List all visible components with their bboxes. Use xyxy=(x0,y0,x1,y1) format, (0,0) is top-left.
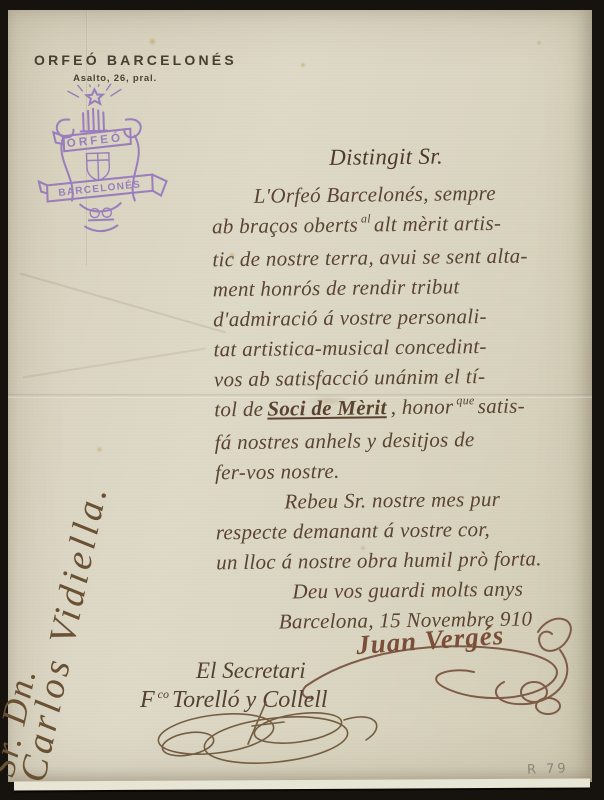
letter-line: fer-vos nostre. xyxy=(215,453,597,488)
letter-page: ORFEÓ BARCELONÉS Asalto, 26, pral. xyxy=(8,10,592,782)
salutation: Distingit Sr. xyxy=(329,140,593,173)
paper-stain xyxy=(148,38,157,45)
stamp-star-icon xyxy=(86,89,103,104)
letter-line-text: satis- xyxy=(478,394,526,419)
paper-stain xyxy=(536,40,542,46)
inserted-word: que xyxy=(456,393,474,407)
member-title-text: Soci de Mèrit xyxy=(267,395,387,420)
letter-line-text: tol de xyxy=(214,397,263,422)
letter-line: tol deSoci de Mèrit, honorquesatis- xyxy=(214,390,596,428)
letterhead-organization: ORFEÓ BARCELONÉS xyxy=(34,52,237,68)
inserted-word: al xyxy=(361,211,371,225)
letter-line: vos ab satisfacció unánim el tí- xyxy=(214,360,596,395)
letter-line: tic de nostre terra, avui se sent alta- xyxy=(212,240,594,275)
paper-stain xyxy=(96,446,103,453)
letter-line: fá nostres anhels y desitjos de xyxy=(214,423,596,458)
paper-stain xyxy=(300,62,306,68)
diagonal-crease xyxy=(23,348,205,379)
orfeo-lyre-stamp-icon: ORFEÓ BARCELONÉS xyxy=(31,82,178,239)
letter-line-text: , honor xyxy=(391,394,454,419)
letter-body: Distingit Sr. L'Orfeó Barcelonés, sempre… xyxy=(211,140,599,638)
secretary-title: El Secretari xyxy=(196,658,306,684)
letter-line-text: ab braços oberts xyxy=(212,213,358,239)
under-sheet-edge xyxy=(14,778,590,790)
letter-line: d'admiració á vostre personali- xyxy=(213,300,595,335)
letter-line: L'Orfeó Barcelonés, sempre xyxy=(253,177,593,211)
diagonal-crease xyxy=(20,273,226,334)
secretary-flourish-icon xyxy=(148,700,394,778)
letter-line-text: alt mèrit artis- xyxy=(374,211,502,237)
valediction: Deu vos guardi molts anys xyxy=(292,573,598,607)
secretary-initial-superscript: co xyxy=(158,687,169,701)
addressee-name: Carlos Vidiella. xyxy=(11,480,117,786)
letter-line: ment honrós de rendir tribut xyxy=(213,270,595,305)
letter-line: Rebeu Sr. nostre mes pur xyxy=(284,483,597,517)
archival-mark: R 79 xyxy=(527,761,569,777)
letter-line: tat artistica-musical concedint- xyxy=(213,330,595,365)
letter-line: un lloc á nostre obra humil prò forta. xyxy=(216,543,598,578)
letter-line: respecte demanant á vostre cor, xyxy=(216,513,598,548)
letter-line: ab braços obertsalalt mèrit artis- xyxy=(212,207,594,245)
